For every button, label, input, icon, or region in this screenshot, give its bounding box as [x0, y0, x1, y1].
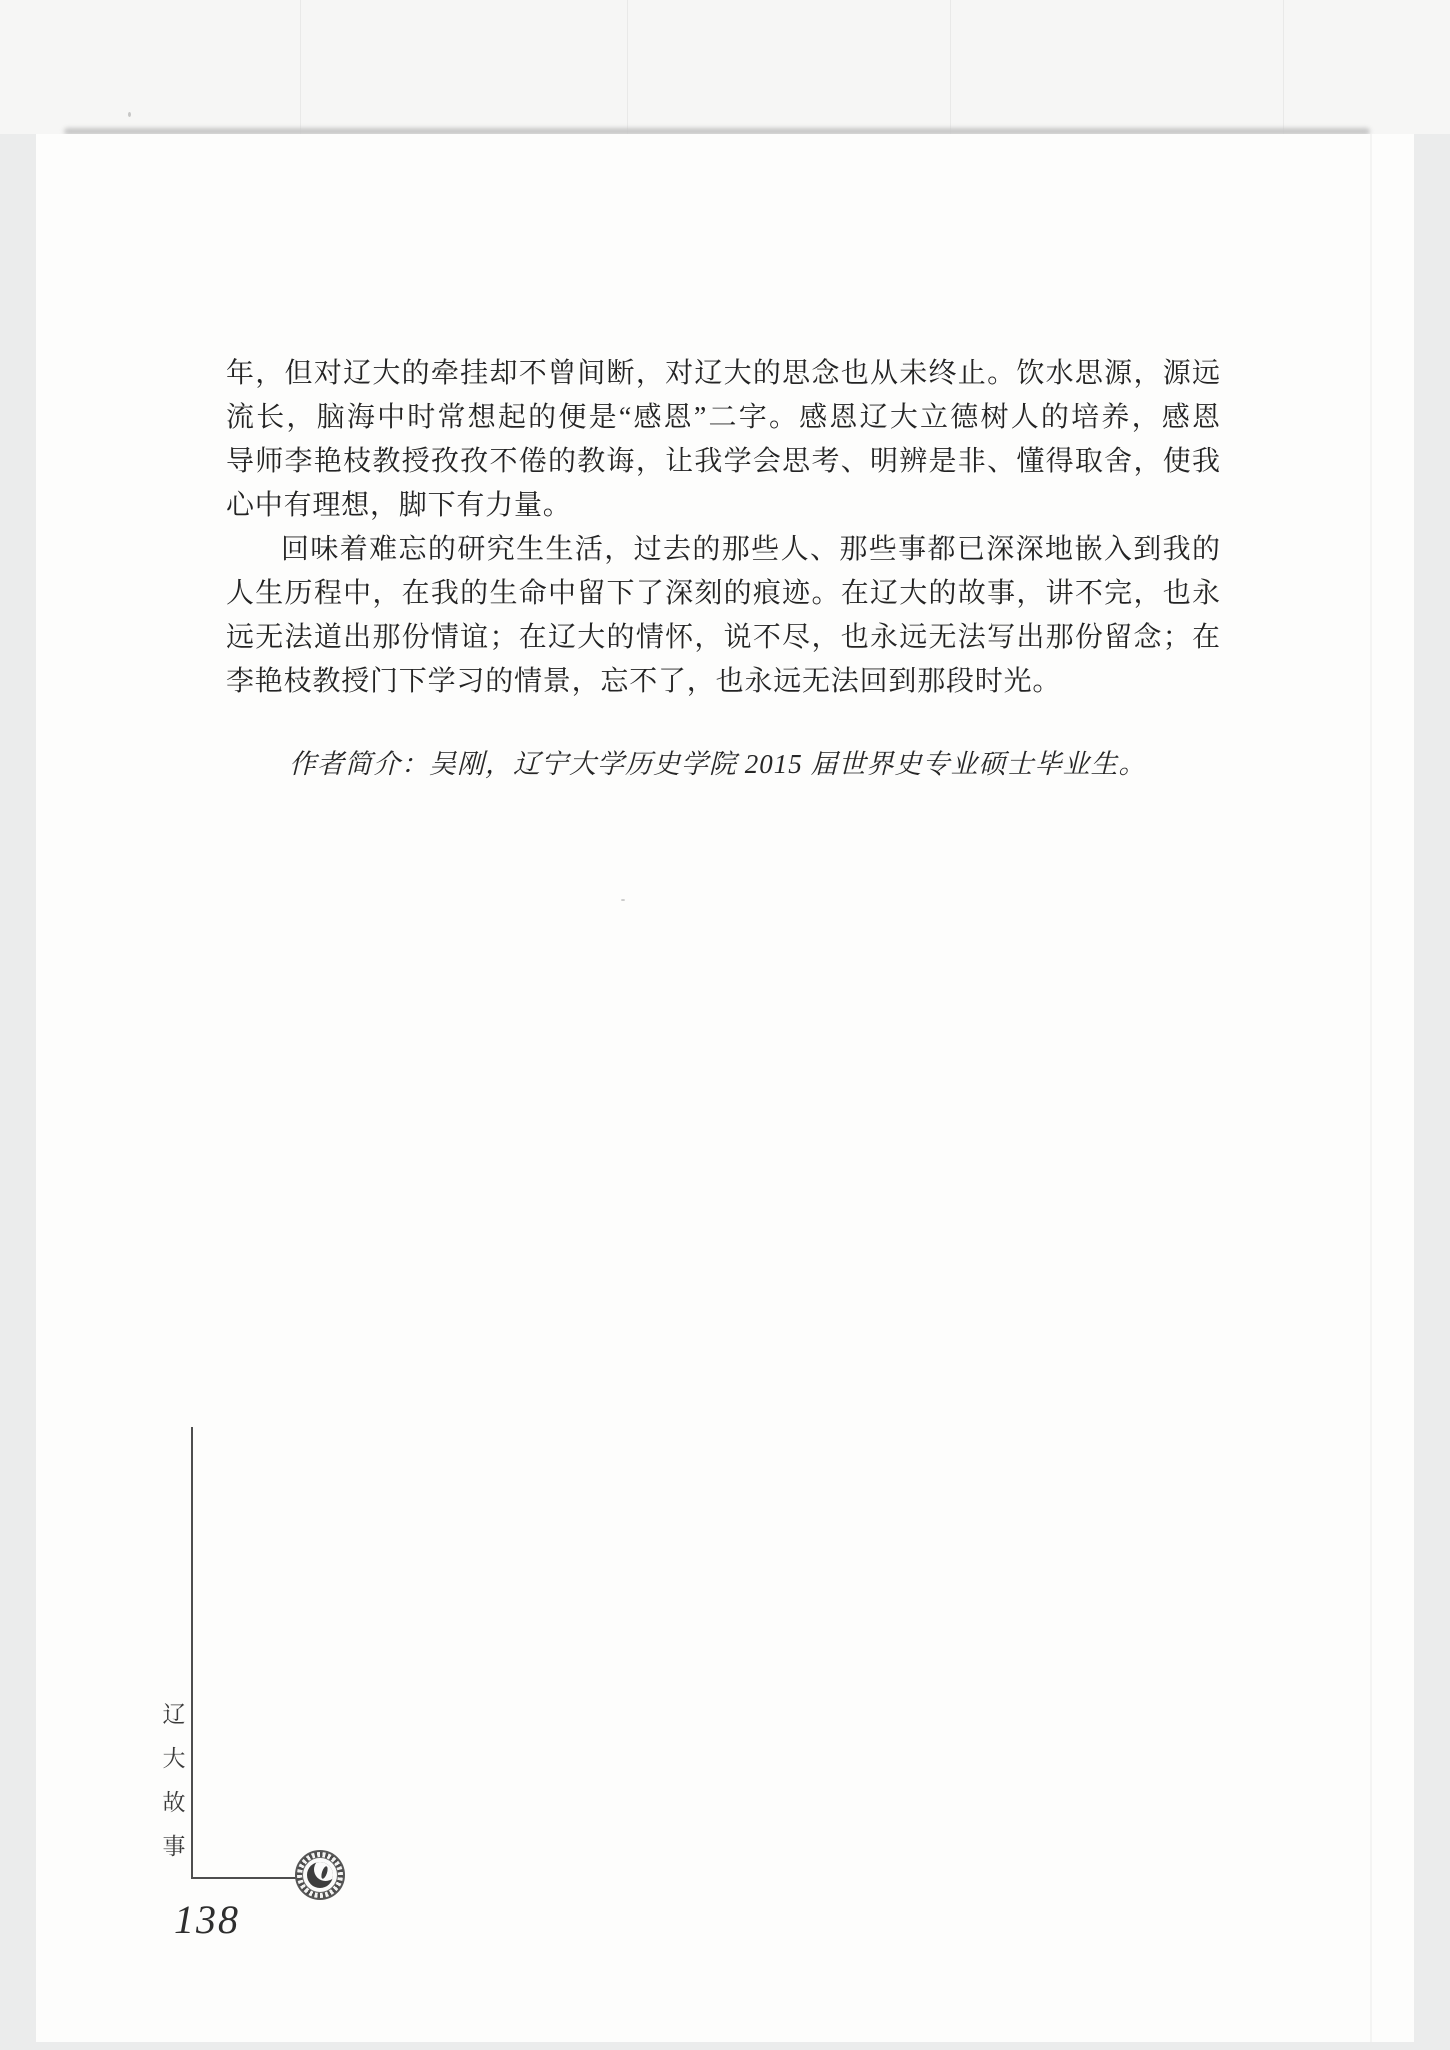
scanned-book-page: 年，但对辽大的牵挂却不曾间断，对辽大的思念也从未终止。饮水思源，源远流长，脑海中…	[0, 0, 1450, 2050]
scan-crease-line	[300, 0, 301, 134]
text-line: 年，但对辽大的牵挂却不曾间断，对辽大的思念也从未终止。饮水思源，源远	[226, 352, 1220, 396]
sidebar-horizontal-rule	[191, 1877, 297, 1879]
text-line: 流长，脑海中时常想起的便是“感恩”二字。感恩辽大立德树人的培养，感恩	[226, 396, 1220, 440]
scan-crease-line	[950, 0, 951, 134]
swan-crescent-icon	[307, 1862, 333, 1888]
text-line: 回味着难忘的研究生生活，过去的那些人、那些事都已深深地嵌入到我的	[226, 528, 1220, 572]
text-line: 李艳枝教授门下学习的情景，忘不了，也永远无法回到那段时光。	[226, 660, 1220, 704]
scan-speck	[621, 899, 625, 901]
scan-crease-line	[1283, 0, 1284, 134]
author-note: 作者简介：吴刚，辽宁大学历史学院 2015 届世界史专业硕士毕业生。	[289, 746, 1289, 782]
sidebar-vertical-rule	[191, 1427, 193, 1879]
university-seal-logo	[295, 1850, 345, 1900]
scan-top-strip	[0, 0, 1450, 134]
page-crease-line	[1370, 134, 1372, 2042]
text-line: 人生历程中，在我的生命中留下了深刻的痕迹。在辽大的故事，讲不完，也永	[226, 572, 1220, 616]
sidebar-title-char: 辽	[163, 1702, 186, 1726]
seal-inner-disc	[302, 1857, 338, 1893]
text-line: 导师李艳枝教授孜孜不倦的教诲，让我学会思考、明辨是非、懂得取舍，使我	[226, 440, 1220, 484]
page-number: 138	[174, 1896, 240, 1943]
main-text-block: 年，但对辽大的牵挂却不曾间断，对辽大的思念也从未终止。饮水思源，源远流长，脑海中…	[226, 352, 1220, 704]
sidebar-series-title: 辽大故事	[160, 1702, 188, 1858]
sidebar-title-char: 故	[163, 1790, 186, 1814]
scan-speck	[128, 112, 131, 117]
book-page: 年，但对辽大的牵挂却不曾间断，对辽大的思念也从未终止。饮水思源，源远流长，脑海中…	[36, 134, 1414, 2042]
sidebar-title-char: 大	[163, 1746, 186, 1770]
text-line: 远无法道出那份情谊；在辽大的情怀，说不尽，也永远无法写出那份留念；在	[226, 616, 1220, 660]
sidebar-title-char: 事	[163, 1834, 186, 1858]
scan-crease-line	[627, 0, 628, 134]
text-line: 心中有理想，脚下有力量。	[226, 484, 1220, 528]
